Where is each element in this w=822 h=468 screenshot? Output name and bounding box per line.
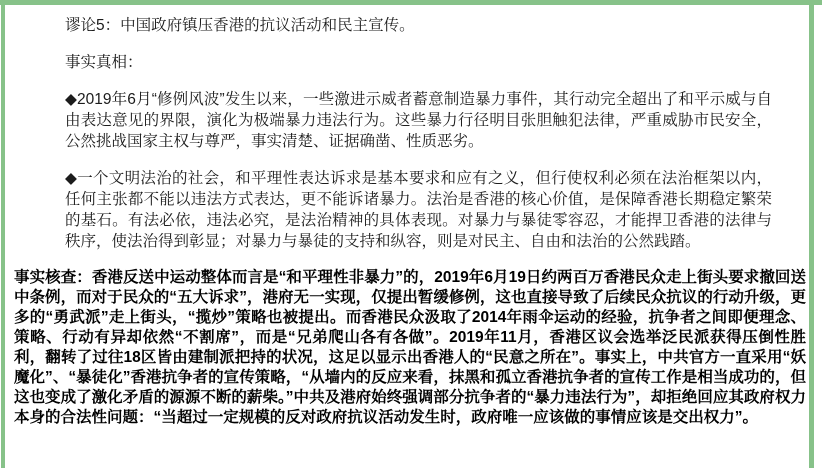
- document-content: 谬论5：中国政府镇压香港的抗议活动和民主宣传。 事实真相： ◆2019年6月“修…: [6, 5, 808, 428]
- myth-bullet-2: ◆一个文明法治的社会，和平理性表达诉求是基本要求和应有之义，但行使权利必须在法治…: [65, 168, 772, 252]
- green-border-right: [809, 0, 814, 468]
- fact-check-section: 事实核查：香港反送中运动整体而言是“和平理性非暴力”的，2019年6月19日约两…: [14, 268, 806, 428]
- fact-check-text: 事实核查：香港反送中运动整体而言是“和平理性非暴力”的，2019年6月19日约两…: [14, 268, 806, 428]
- facts-heading: 事实真相：: [65, 52, 772, 73]
- quoted-myth-section: 谬论5：中国政府镇压香港的抗议活动和民主宣传。 事实真相： ◆2019年6月“修…: [65, 15, 772, 252]
- myth-bullet-1: ◆2019年6月“修例风波”发生以来，一些激进示威者蓄意制造暴力事件，其行动完全…: [65, 89, 772, 152]
- document-page: 谬论5：中国政府镇压香港的抗议活动和民主宣传。 事实真相： ◆2019年6月“修…: [0, 0, 822, 468]
- myth-title: 谬论5：中国政府镇压香港的抗议活动和民主宣传。: [65, 15, 772, 36]
- green-border-left: [1, 0, 5, 468]
